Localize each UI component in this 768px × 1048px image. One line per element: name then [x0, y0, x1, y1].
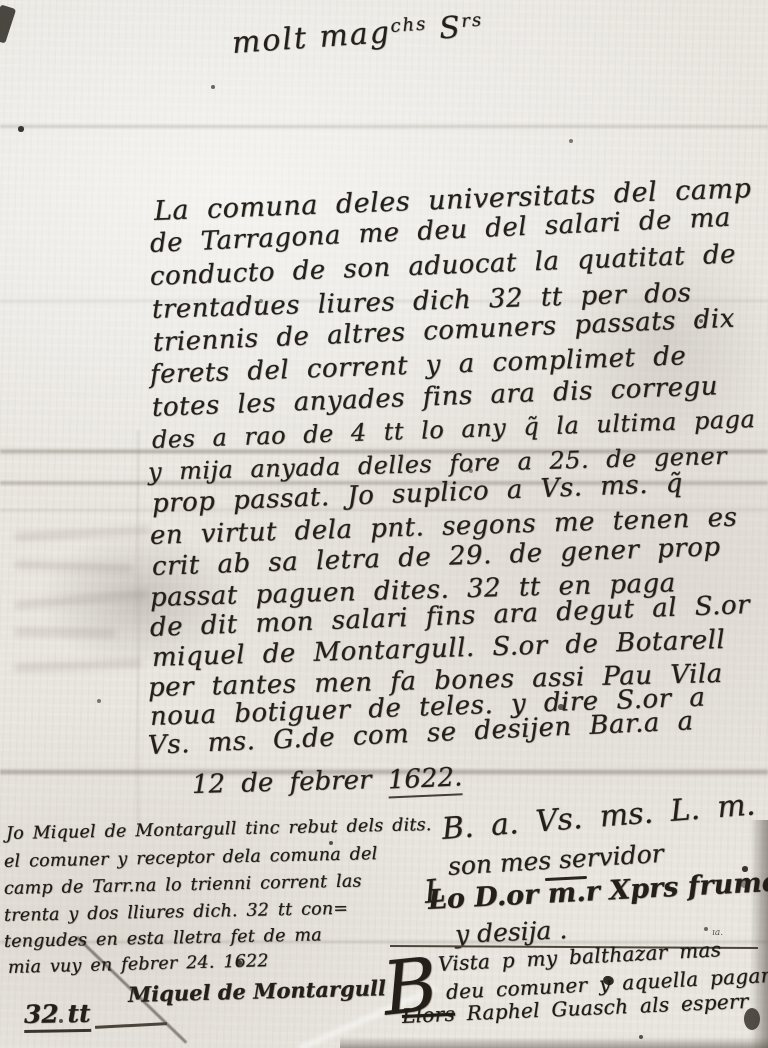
receipt-line: el comuner y receptor dela comuna del [4, 844, 378, 872]
dateline-text: 12 de febrer [192, 765, 389, 800]
salutation-text: S [426, 10, 462, 47]
closing-wish: y desija . [454, 915, 567, 949]
fold-crease [0, 124, 768, 129]
receipt-line: camp de Tarr.na lo trienni corrent las [4, 872, 362, 899]
ink-specks [0, 0, 2, 2]
salutation-superscript: chs [390, 13, 428, 37]
amount-underline-swash [95, 1022, 167, 1029]
receipt-line: mia vuy en febrer 24. 1622 [8, 951, 269, 978]
fold-crease-vertical [136, 430, 140, 830]
dateline-year: 1622. [387, 762, 463, 798]
page-bottom-shadow [340, 1037, 768, 1048]
dateline: 12 de febrer 1622. [192, 763, 463, 803]
torn-corner-mark [0, 4, 16, 43]
receipt-signature: Miquel de Montargull [128, 975, 387, 1007]
salutation-superscript: rs [461, 10, 484, 32]
ink-bleed-through [10, 505, 155, 795]
torn-right-edge [750, 820, 768, 1048]
receipt-line: Jo Miquel de Montargull tinc rebut dels … [6, 815, 432, 844]
receipt-line: tengudes en esta lletra fet de ma [4, 925, 322, 952]
salutation-header: molt magchs Srs [231, 8, 485, 60]
struck-word: Llors [401, 1002, 455, 1028]
closing-salute: B. a. Vs. ms. L. m. [441, 787, 757, 847]
amount-text: 32 tt [24, 999, 91, 1033]
amount-figure: 32 tt [24, 999, 91, 1033]
receipt-line: trenta y dos lliures dich. 32 tt con= [4, 899, 349, 926]
catchword-flourish: L [422, 871, 447, 911]
manuscript-page: molt magchs Srs La comuna deles universi… [0, 0, 768, 1048]
salutation-text: molt mag [231, 15, 392, 61]
